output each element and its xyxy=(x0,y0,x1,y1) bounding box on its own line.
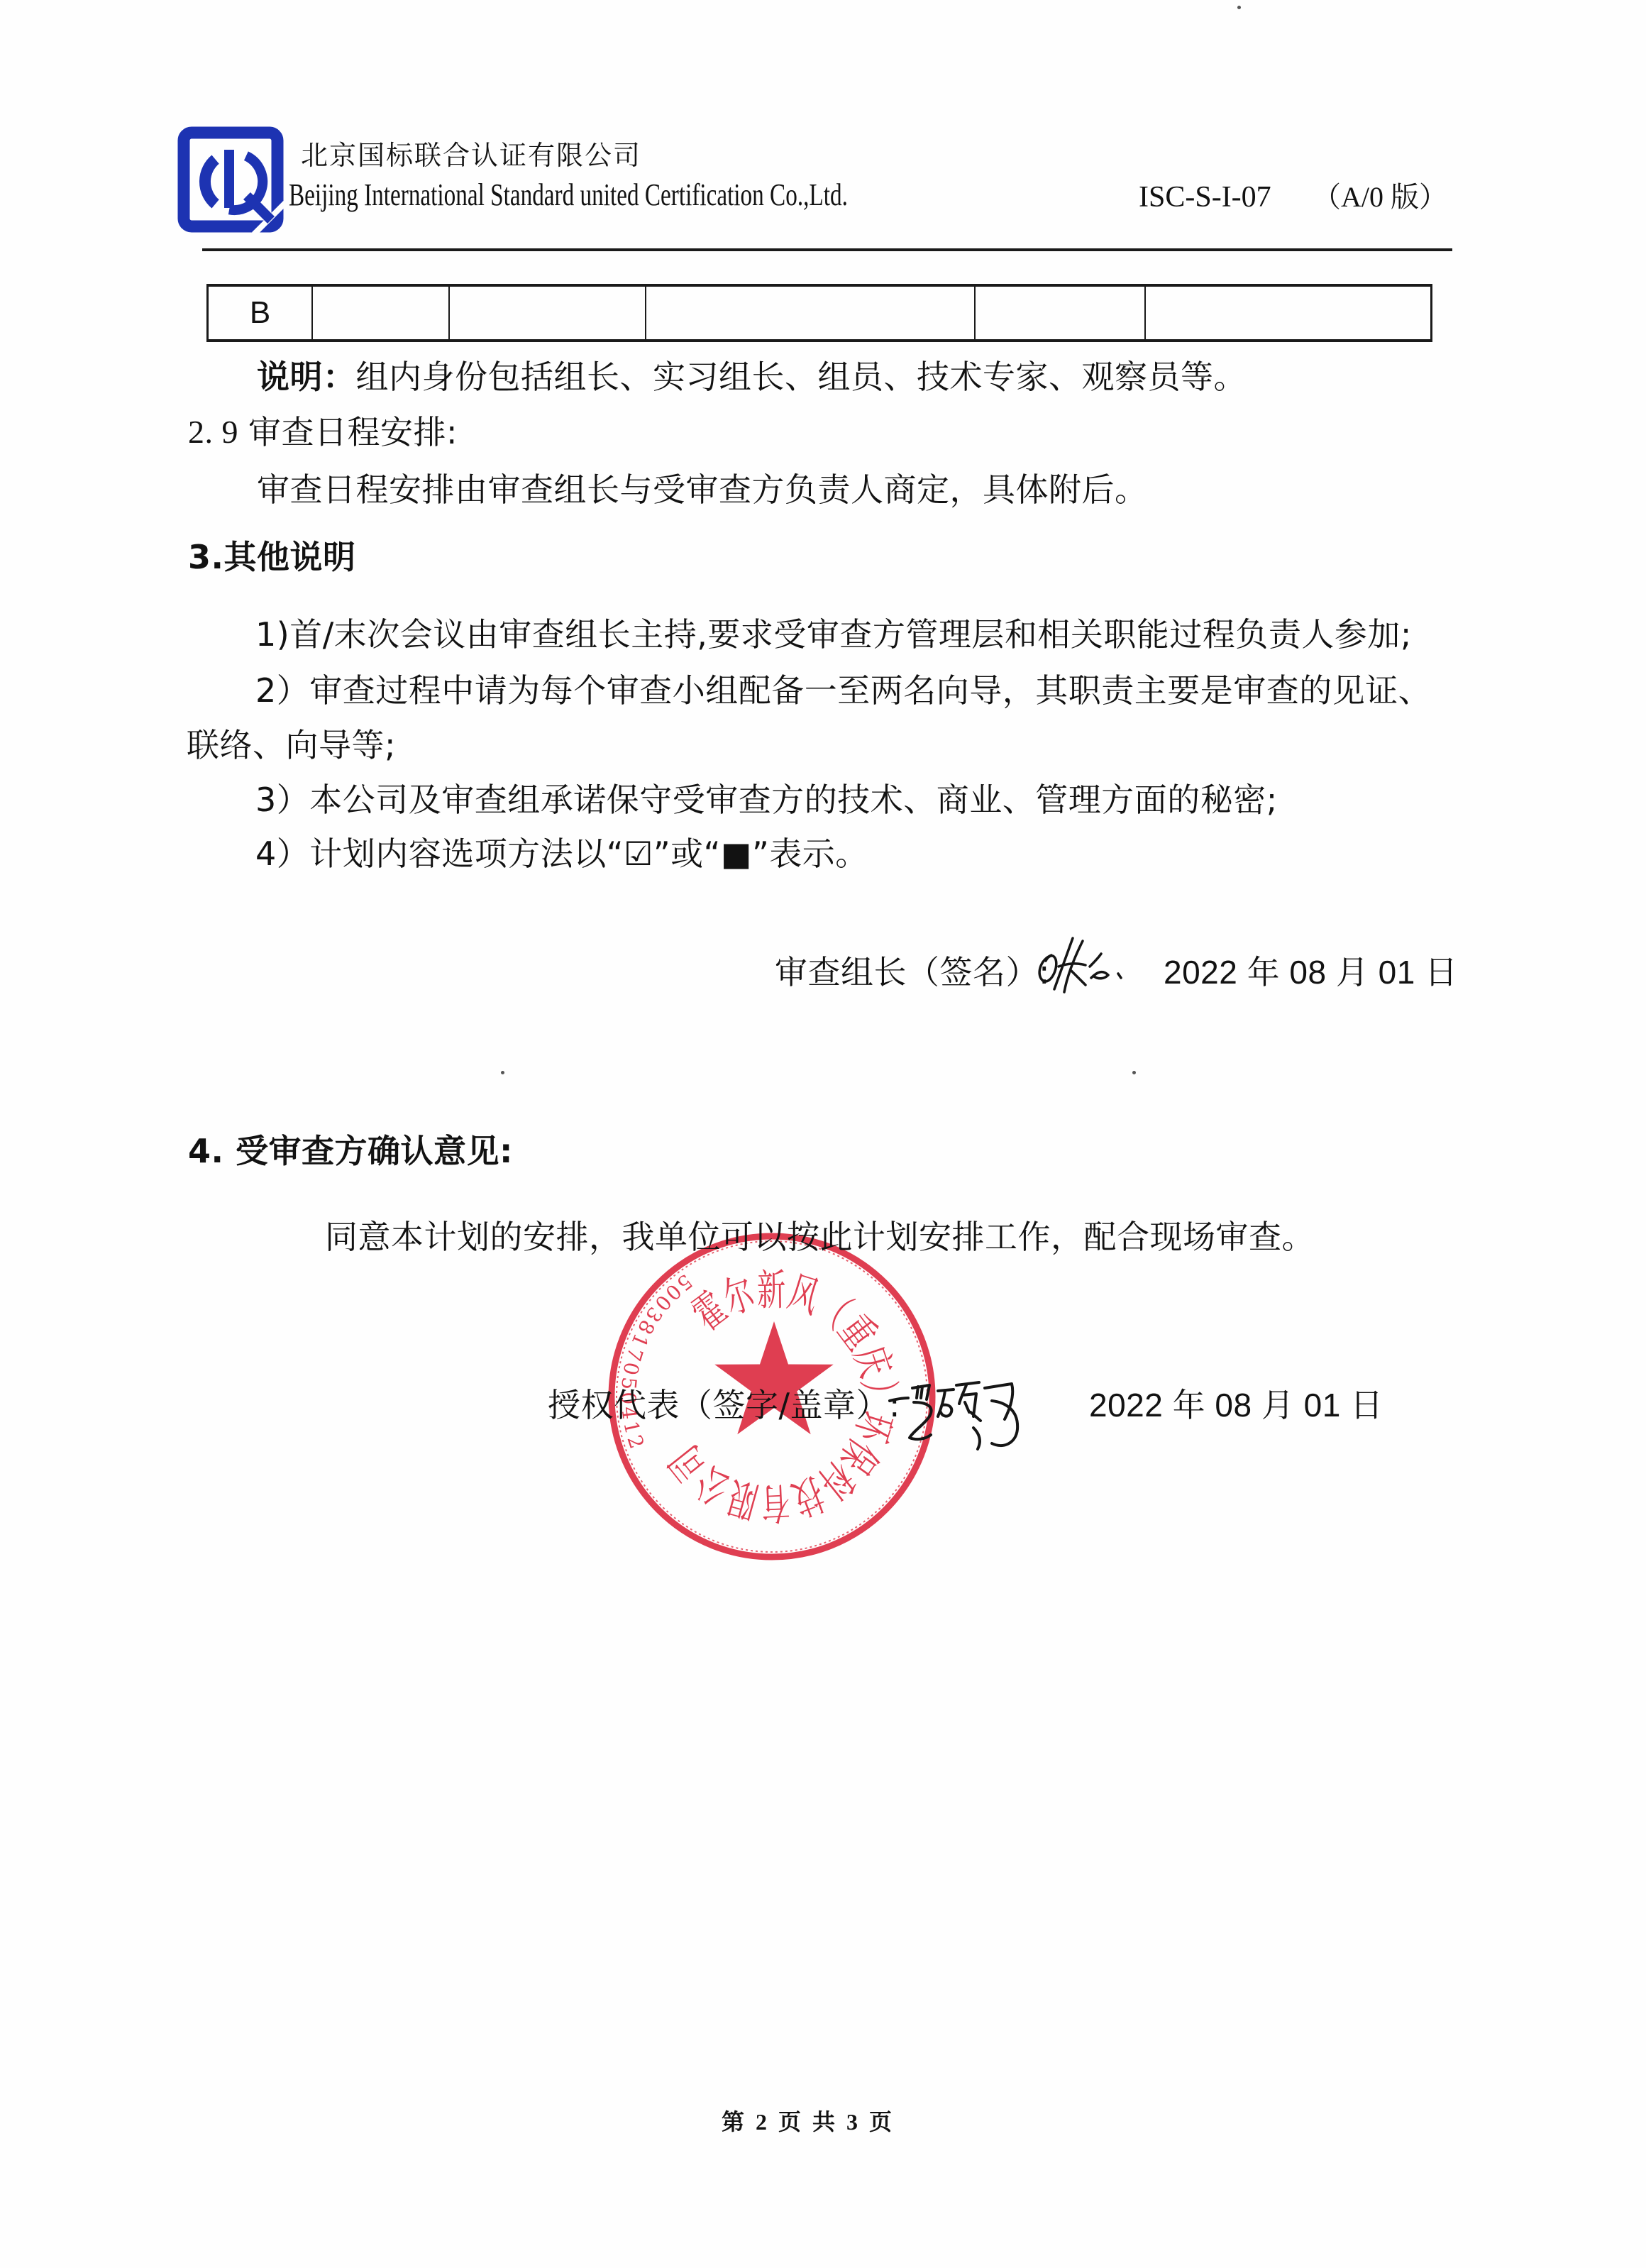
item-2-9-number: 2. 9 xyxy=(188,414,238,450)
representative-signature xyxy=(885,1370,1043,1453)
representative-signature-label: 授权代表（签字/盖章）: xyxy=(548,1387,900,1423)
note-label: 说明： xyxy=(257,358,356,396)
section-3-line-2-cont: 联络、向导等; xyxy=(187,727,396,763)
section-3-title: 3.其他说明 xyxy=(188,539,355,575)
section-4-title: 4. 受审查方确认意见: xyxy=(188,1133,513,1169)
header-divider xyxy=(202,248,1452,251)
document-page: 北京国标联合认证有限公司 Beijing International Stand… xyxy=(0,0,1646,2268)
company-logo-icon xyxy=(177,126,284,233)
table-cell xyxy=(311,287,448,339)
section-3-line-3: 3）本公司及审查组承诺保守受审查方的技术、商业、管理方面的秘密; xyxy=(255,782,1278,818)
document-version: （A/0 版） xyxy=(1313,181,1447,214)
page-number: 第 2 页 共 3 页 xyxy=(722,2109,892,2135)
representative-sign-date: 2022 年 08 月 01 日 xyxy=(1089,1387,1383,1423)
item-2-9-title: 审查日程安排: xyxy=(248,414,458,450)
table-cell xyxy=(448,287,645,339)
section-3-line-1: 1)首/末次会议由审查组长主持,要求受审查方管理层和相关职能过程负责人参加; xyxy=(255,617,1412,652)
auditee-statement: 同意本计划的安排，我单位可以按此计划安排工作，配合现场审查。 xyxy=(325,1219,1315,1255)
scan-speck xyxy=(1132,1071,1136,1074)
company-name-en: Beijing International Standard united Ce… xyxy=(289,179,848,211)
note-text: 组内身份包括组长、实习组长、组员、技术专家、观察员等。 xyxy=(356,358,1247,396)
table-cell xyxy=(974,287,1144,339)
section-3-line-4: 4）计划内容选项方法以“☑”或“■”表示。 xyxy=(255,836,868,871)
company-name-cn: 北京国标联合认证有限公司 xyxy=(301,141,641,170)
table-cell-group: B xyxy=(209,287,311,339)
table-cell xyxy=(1144,287,1430,339)
section-3-line-2: 2）审查过程中请为每个审查小组配备一至两名向导，其职责主要是审查的见证、 xyxy=(255,673,1431,708)
document-code: ISC-S-I-07 xyxy=(1139,181,1271,214)
leader-signature xyxy=(1030,934,1129,999)
leader-signature-label: 审查组长（签名）: xyxy=(775,954,1050,990)
team-role-note: 说明：组内身份包括组长、实习组长、组员、技术专家、观察员等。 xyxy=(257,359,1247,395)
scan-speck xyxy=(1237,6,1241,9)
leader-sign-date: 2022 年 08 月 01 日 xyxy=(1164,954,1458,990)
table-cell xyxy=(645,287,974,339)
audit-team-table: B xyxy=(206,284,1432,342)
scan-speck xyxy=(501,1071,504,1074)
item-2-9-text: 审查日程安排由审查组长与受审查方负责人商定，具体附后。 xyxy=(257,472,1148,507)
